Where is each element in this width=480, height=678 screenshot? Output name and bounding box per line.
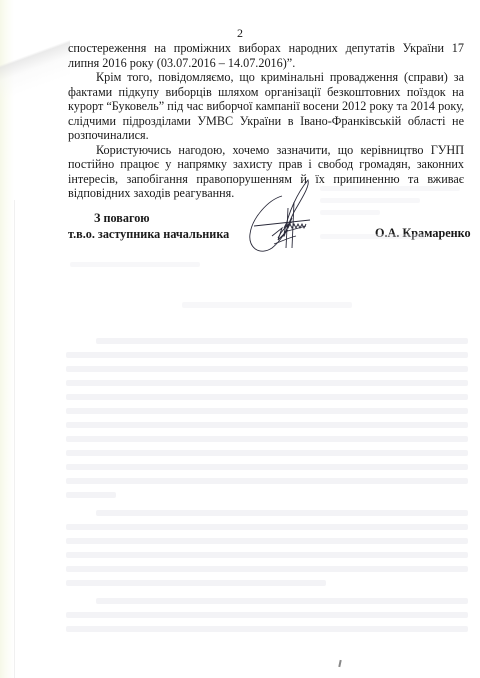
ghost-line xyxy=(96,510,468,516)
ghost-line xyxy=(70,262,200,267)
letter-body: спостереження на проміжних виборах народ… xyxy=(68,41,464,201)
ghost-line xyxy=(96,598,468,604)
ghost-line xyxy=(66,612,468,618)
ghost-line xyxy=(66,524,468,530)
page-number: 2 xyxy=(0,26,480,41)
ghost-line xyxy=(66,566,468,572)
ghost-line xyxy=(320,210,380,215)
ghost-line xyxy=(66,464,468,470)
ghost-line xyxy=(320,186,460,191)
ghost-line xyxy=(320,234,425,239)
document-page: 2 спостереження на проміжних виборах нар… xyxy=(0,0,480,678)
paragraph-continuation: спостереження на проміжних виборах народ… xyxy=(68,41,464,70)
ghost-line xyxy=(66,492,116,498)
ghost-line xyxy=(66,366,468,372)
ghost-line xyxy=(66,436,468,442)
ghost-line xyxy=(66,380,468,386)
ghost-line xyxy=(66,422,468,428)
scan-edge-line xyxy=(14,200,15,678)
ghost-line xyxy=(320,198,420,203)
closing-position: т.в.о. заступника начальника xyxy=(68,226,229,242)
ghost-line xyxy=(66,580,326,586)
paragraph-criminal-proceedings: Крім того, повідомляємо, що кримінальні … xyxy=(68,70,464,143)
stray-mark xyxy=(338,660,341,667)
ghost-line xyxy=(66,394,468,400)
ghost-line xyxy=(66,478,468,484)
closing-block: З повагою т.в.о. заступника начальника xyxy=(68,210,229,242)
ghost-line xyxy=(182,302,352,308)
ghost-line xyxy=(66,450,468,456)
ghost-line xyxy=(66,352,468,358)
scan-corner-shadow xyxy=(0,0,70,110)
ghost-line xyxy=(66,552,468,558)
closing-regards: З повагою xyxy=(68,210,229,226)
ghost-line xyxy=(66,538,468,544)
ghost-line xyxy=(66,626,468,632)
ghost-line xyxy=(96,338,468,344)
ghost-line xyxy=(66,408,468,414)
